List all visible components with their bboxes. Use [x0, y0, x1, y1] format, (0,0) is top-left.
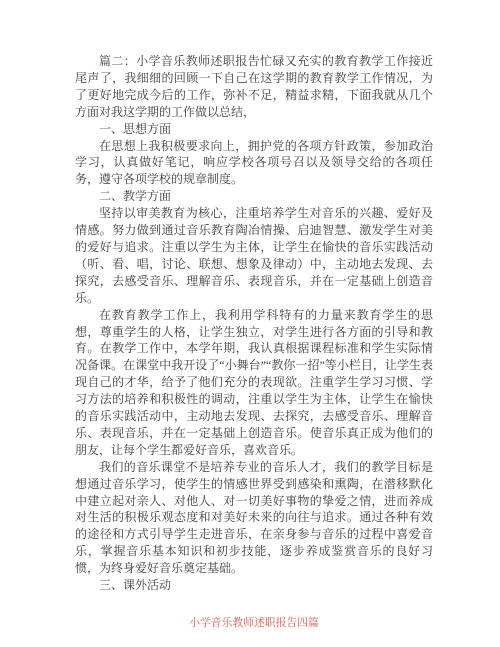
report-paragraph-teaching-2: 在教育教学工作上，我利用学科特有的力量来教育学生的思想，尊重学生的人格，让学生独… — [75, 307, 433, 459]
report-paragraph-teaching-3: 我们的音乐课堂不是培养专业的音乐人才，我们的教学目标是想通过音乐学习，使学生的情… — [75, 459, 433, 577]
report-paragraph-thought: 在思想上我积极要求向上，拥护党的各项方针政策，参加政治学习，认真做好笔记，响应学… — [75, 138, 433, 189]
document-page: 篇二：小学音乐教师述职报告忙碌又充实的教育教学工作接近尾声了，我细细的回顾一下自… — [0, 0, 500, 647]
report-paragraph-intro: 篇二：小学音乐教师述职报告忙碌又充实的教育教学工作接近尾声了，我细细的回顾一下自… — [75, 53, 433, 121]
section-heading-extracurricular: 三、课外活动 — [75, 577, 433, 594]
report-paragraph-teaching-1: 坚持以审美教育为核心，注重培养学生对音乐的兴趣、爱好及情感。努力做到通过音乐教育… — [75, 205, 433, 306]
related-report-link[interactable]: 小学音乐教师述职报告四篇 — [189, 616, 319, 630]
section-heading-thought: 一、思想方面 — [75, 121, 433, 138]
footer-link-row: 小学音乐教师述职报告四篇 — [75, 613, 433, 631]
section-heading-teaching: 二、教学方面 — [75, 188, 433, 205]
